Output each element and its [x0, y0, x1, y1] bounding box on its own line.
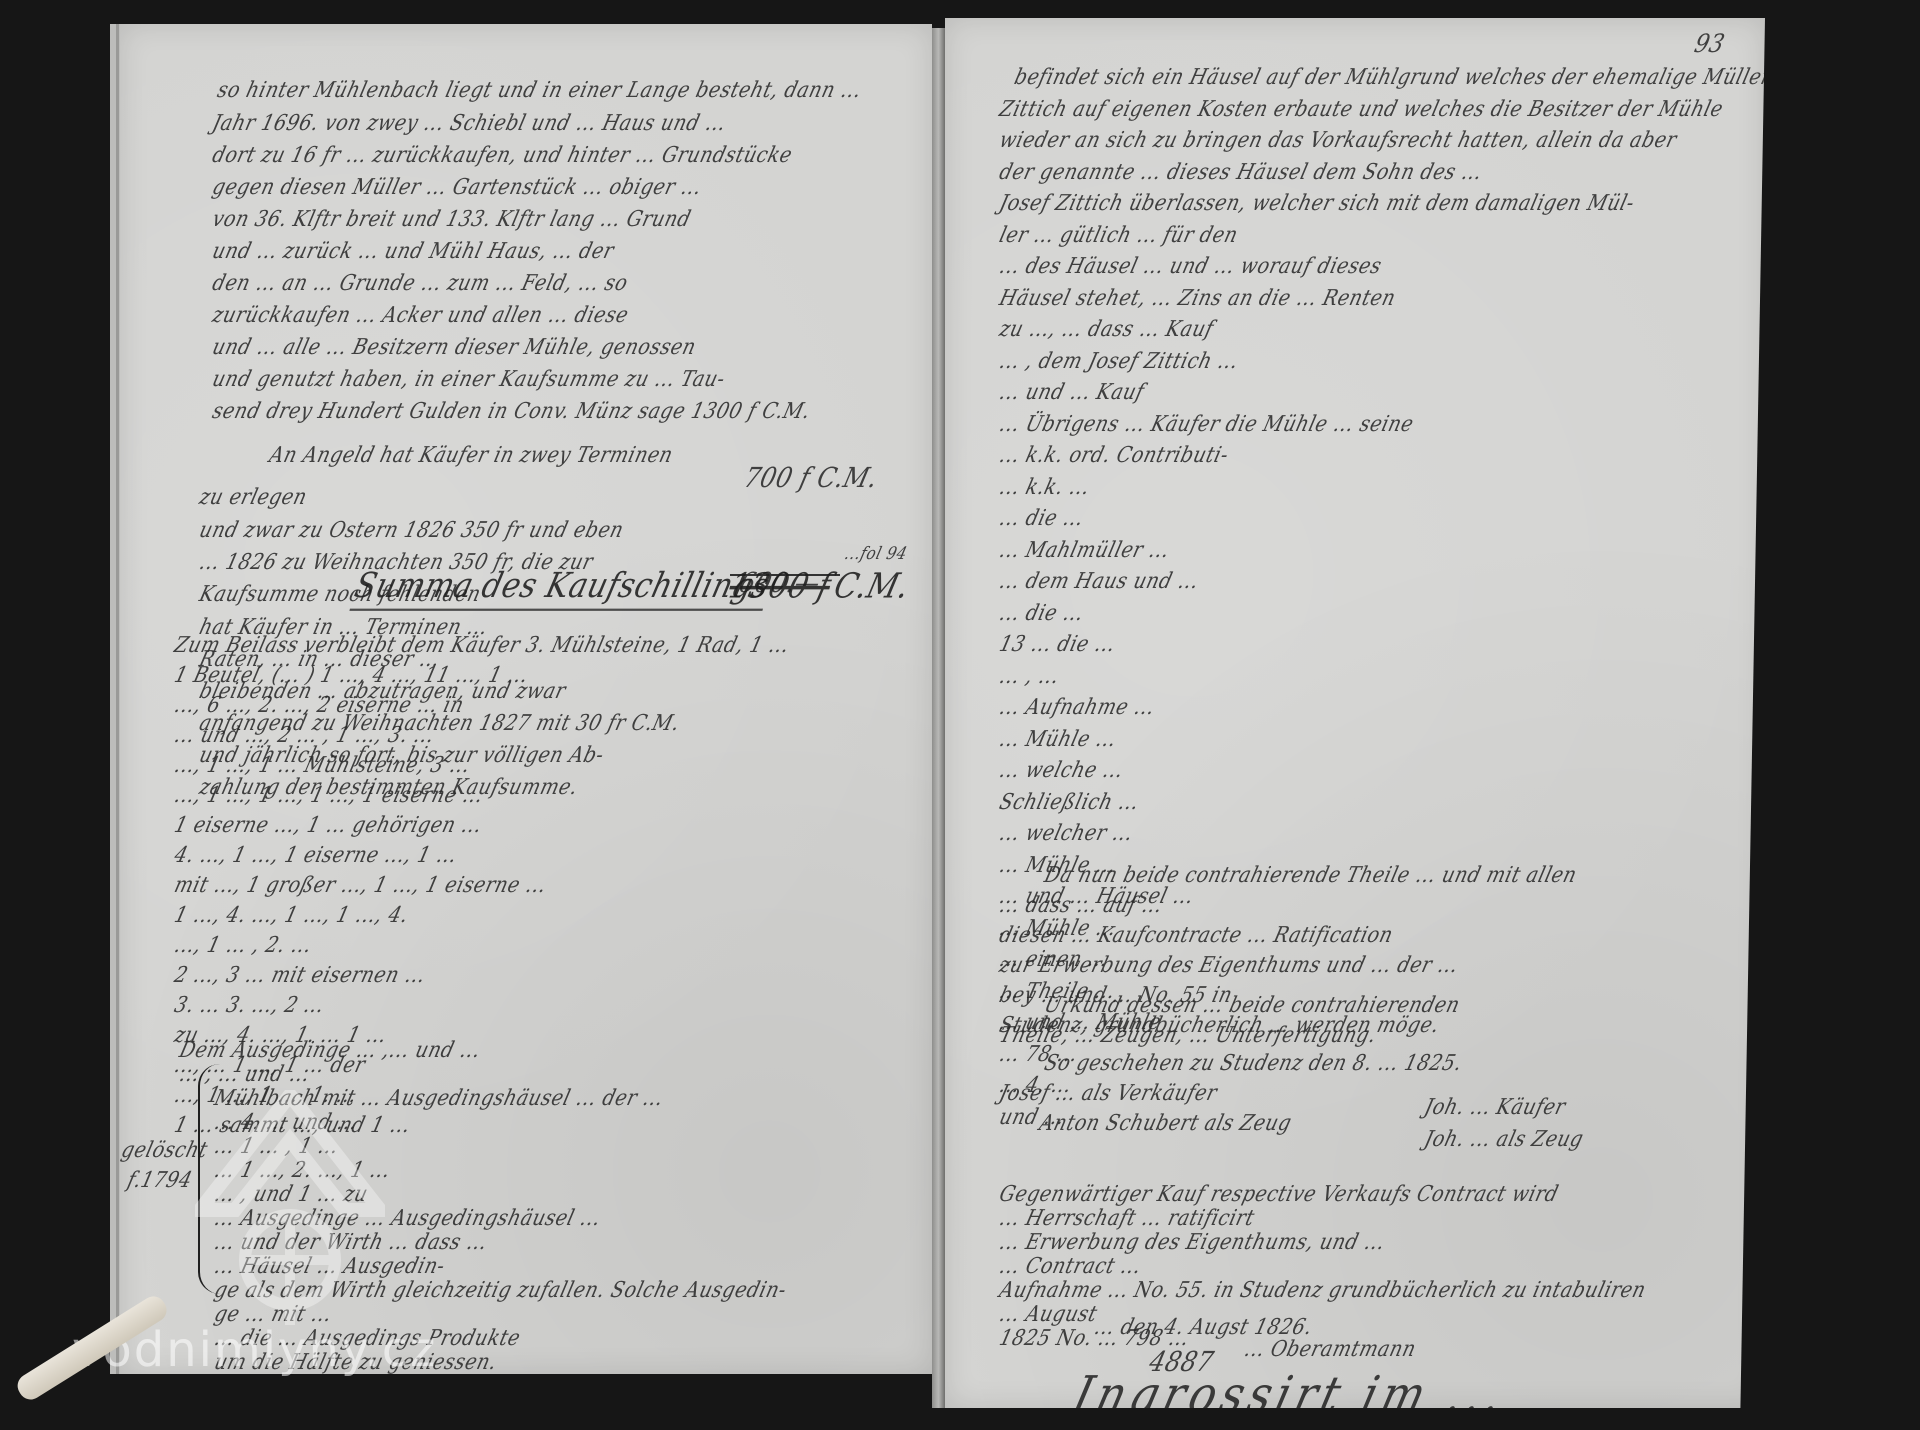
handwritten-line: ... k.k. ord. Contributi-	[997, 442, 1231, 467]
handwritten-line: 1 ..., 4. ..., 1 ..., 1 ..., 4.	[172, 902, 411, 927]
handwritten-line: und ... alle ... Besitzern dieser Mühle,…	[210, 334, 699, 359]
handwritten-line: ... Übrigens ... Käufer die Mühle ... se…	[997, 411, 1417, 436]
handwritten-line: ... , ...	[997, 663, 1062, 688]
handwritten-line: Zum Beilass verbleibt dem Käufer 3. Mühl…	[172, 632, 792, 657]
handwritten-line: Schließlich ...	[997, 789, 1142, 814]
handwritten-line: ... k.k. ...	[997, 474, 1093, 499]
handwritten-line: 1 eiserne ..., 1 ... gehörigen ...	[172, 812, 485, 837]
handwritten-line: 3. ... 3. ..., 2 ...	[172, 992, 327, 1017]
handwritten-line: zurückkaufen ... Acker und allen ... die…	[210, 302, 631, 327]
handwritten-line: Josef ... als Verkäufer	[997, 1080, 1220, 1105]
handwritten-line: Josef Zittich überlassen, welcher sich m…	[997, 190, 1637, 215]
handwritten-line: ... dem Haus und ...	[997, 568, 1202, 593]
handwritten-line: zu erlegen	[197, 484, 310, 509]
handwritten-line: ... August	[997, 1301, 1100, 1326]
handwritten-line: send drey Hundert Gulden in Conv. Münz s…	[210, 398, 813, 423]
handwritten-line: ... die ...	[997, 505, 1087, 530]
book-gutter	[932, 28, 945, 1408]
handwritten-line: ..., 1 ..., 1 ... Mühlsteine, 3 ...	[172, 752, 473, 777]
handwritten-line: 13 ... die ...	[997, 631, 1118, 656]
handwritten-line: ler ... gütlich ... für den	[997, 222, 1241, 247]
handwritten-line: ... Mahlmüller ...	[997, 537, 1172, 562]
handwritten-line: den ... an ... Grunde ... zum ... Feld, …	[210, 270, 631, 295]
margin-note: f.1794	[125, 1167, 195, 1192]
handwritten-line: so hinter Mühlenbach liegt und in einer …	[215, 77, 864, 102]
watermark-logo-icon	[195, 1090, 385, 1330]
handwritten-line: ... Contract ...	[997, 1253, 1144, 1278]
handwritten-line: wieder an sich zu bringen das Vorkaufsre…	[997, 127, 1680, 152]
handwritten-line: Zittich auf eigenen Kosten erbaute und w…	[997, 96, 1726, 121]
handwritten-line: ... Erwerbung des Eigenthums, und ...	[997, 1229, 1388, 1254]
handwritten-line: So geschehen zu Studenz den 8. ... 1825.	[1042, 1050, 1465, 1075]
handwritten-line: ... Oberamtmann	[1242, 1336, 1419, 1361]
handwritten-line: zur Erwerbung des Eigenthums und ... der…	[997, 952, 1461, 977]
handwritten-line: ... des Häusel ... und ... worauf dieses	[997, 253, 1385, 278]
handwritten-line: 92	[1262, 1406, 1292, 1430]
handwritten-line: Anton Schubert als Zeug	[1037, 1110, 1294, 1135]
handwritten-line: und genutzt haben, in einer Kaufsumme zu…	[210, 366, 728, 391]
handwritten-line: ... und ..., 2 ... , 1 ..., 3. ...	[172, 722, 437, 747]
handwritten-line: Urkund dessen ... beide contrahierenden	[1042, 992, 1463, 1017]
handwritten-line: Theile, ... Zeugen, ... Unterfertigung.	[997, 1022, 1379, 1047]
handwritten-line: ... Aufnahme ...	[997, 694, 1158, 719]
handwritten-line: 2 ..., 3 ... mit eisernen ...	[172, 962, 428, 987]
handwritten-line: Joh. ... als Zeug	[1422, 1126, 1586, 1151]
handwritten-line: Gegenwärtiger Kauf respective Verkaufs C…	[997, 1181, 1561, 1206]
handwritten-line: ... und ... Kauf	[997, 379, 1147, 404]
summa-amount-struck: 1300 f	[725, 566, 835, 606]
handwritten-line: ... die ...	[997, 600, 1087, 625]
handwritten-line: zu ..., ... dass ... Kauf	[997, 316, 1216, 341]
handwritten-line: Dem Ausgedinge ... ,... und ...	[177, 1037, 484, 1062]
right-page: 93 befindet sich ein Häusel auf der Mühl…	[945, 18, 1765, 1408]
handwritten-line: Ingrossirt im ...	[1068, 1366, 1513, 1425]
handwritten-line: ... Mühle ...	[997, 726, 1119, 751]
handwritten-line: ..., 6 ..., 2. ..., 2 eiserne ... in	[172, 692, 467, 717]
summa-margin-note: ...fol 94	[842, 543, 909, 564]
handwritten-line: Jahr 1696. von zwey ... Schiebl und ... …	[210, 110, 729, 135]
handwritten-line: ..., 1 ... , 2. ...	[172, 932, 315, 957]
page-number: 93	[1691, 30, 1727, 59]
handwritten-line: 1 Beutel, (... ) 1 ..., 4 ..., 11 ..., 1…	[172, 662, 531, 687]
handwritten-line: von 36. Klftr breit und 133. Klftr lang …	[210, 206, 694, 231]
handwritten-line: mit ..., 1 großer ..., 1 ..., 1 eiserne …	[172, 872, 549, 897]
handwritten-line: und zwar zu Ostern 1826 350 fr und eben	[197, 517, 626, 542]
right-page-text: 93 befindet sich ein Häusel auf der Mühl…	[945, 18, 1765, 1408]
amount-700: 700 f C.M.	[741, 462, 881, 494]
handwritten-line: ... Herrschaft ... ratificirt	[997, 1205, 1257, 1230]
handwritten-line: und ... zurück ... und Mühl Haus, ... de…	[210, 238, 617, 263]
handwritten-line: befindet sich ein Häusel auf der Mühlgru…	[1012, 64, 1774, 89]
handwritten-line: ... welche ...	[997, 757, 1126, 782]
handwritten-line: dort zu 16 fr ... zurückkaufen, und hint…	[210, 142, 795, 167]
handwritten-line: ... welcher ...	[997, 820, 1136, 845]
summa-heading: Summa des Kaufschillings	[349, 566, 773, 611]
handwritten-line: der genannte ... dieses Häusel dem Sohn …	[997, 159, 1485, 184]
handwritten-line: gegen diesen Müller ... Gartenstück ... …	[210, 174, 705, 199]
handwritten-line: Häusel stehet, ... Zins an die ... Rente…	[997, 285, 1399, 310]
handwritten-line: 4. ..., 1 ..., 1 eiserne ..., 1 ...	[172, 842, 460, 867]
handwritten-line: diesen ... Kaufcontracte ... Ratificatio…	[997, 922, 1396, 947]
handwritten-line: ... dass ... auf ...	[997, 892, 1165, 917]
handwritten-line: ... , dem Josef Zittich ...	[997, 348, 1241, 373]
handwritten-line: Da nun beide contrahierende Theile ... u…	[1042, 862, 1580, 887]
handwritten-line: Aufnahme ... No. 55. in Studenz grundbüc…	[997, 1277, 1649, 1302]
handwritten-line: ..., 1 ..., 1 ..., 1 ..., 1 eiserne ...	[172, 782, 486, 807]
handwritten-line: Joh. ... Käufer	[1422, 1094, 1568, 1119]
handwritten-line: An Angeld hat Käufer in zwey Terminen	[267, 442, 676, 467]
summa-currency: C.M.	[830, 566, 914, 606]
